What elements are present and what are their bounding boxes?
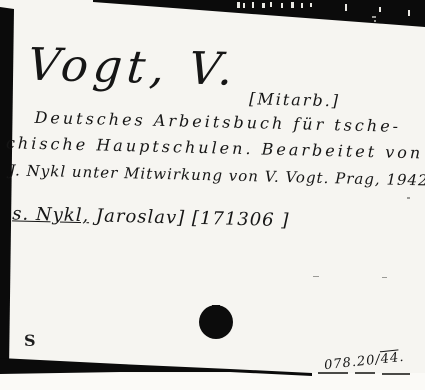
see-reference: s. Nykl, [12,203,89,226]
handwritten-text-block: Vogt, V. [Mitarb.] Deutsches Arbeitsbuch… [0,0,425,309]
cross-reference-rest: Jaroslav] [171306 ] [89,205,290,231]
title-line-2: chische Hauptschulen. Bearbeitet von [6,133,424,162]
series-letter: S [24,331,36,350]
imprint-line: J. Nykl unter Mitwirkung von V. Vogt. Pr… [9,161,425,190]
title-line-1: Deutsches Arbeitsbuch für tsche- [34,108,401,136]
shelf-mark-number: 44 [380,350,400,367]
catalog-card-scan: Vogt, V. [Mitarb.] Deutsches Arbeitsbuch… [0,0,425,390]
scan-bed-strip [0,373,425,390]
contributor-annotation: [Mitarb.] [249,89,340,110]
card-heading-author: Vogt, V. [25,38,240,96]
cross-reference-line: s. Nykl, Jaroslav] [171306 ] [12,203,290,231]
hole-punch [199,305,233,339]
